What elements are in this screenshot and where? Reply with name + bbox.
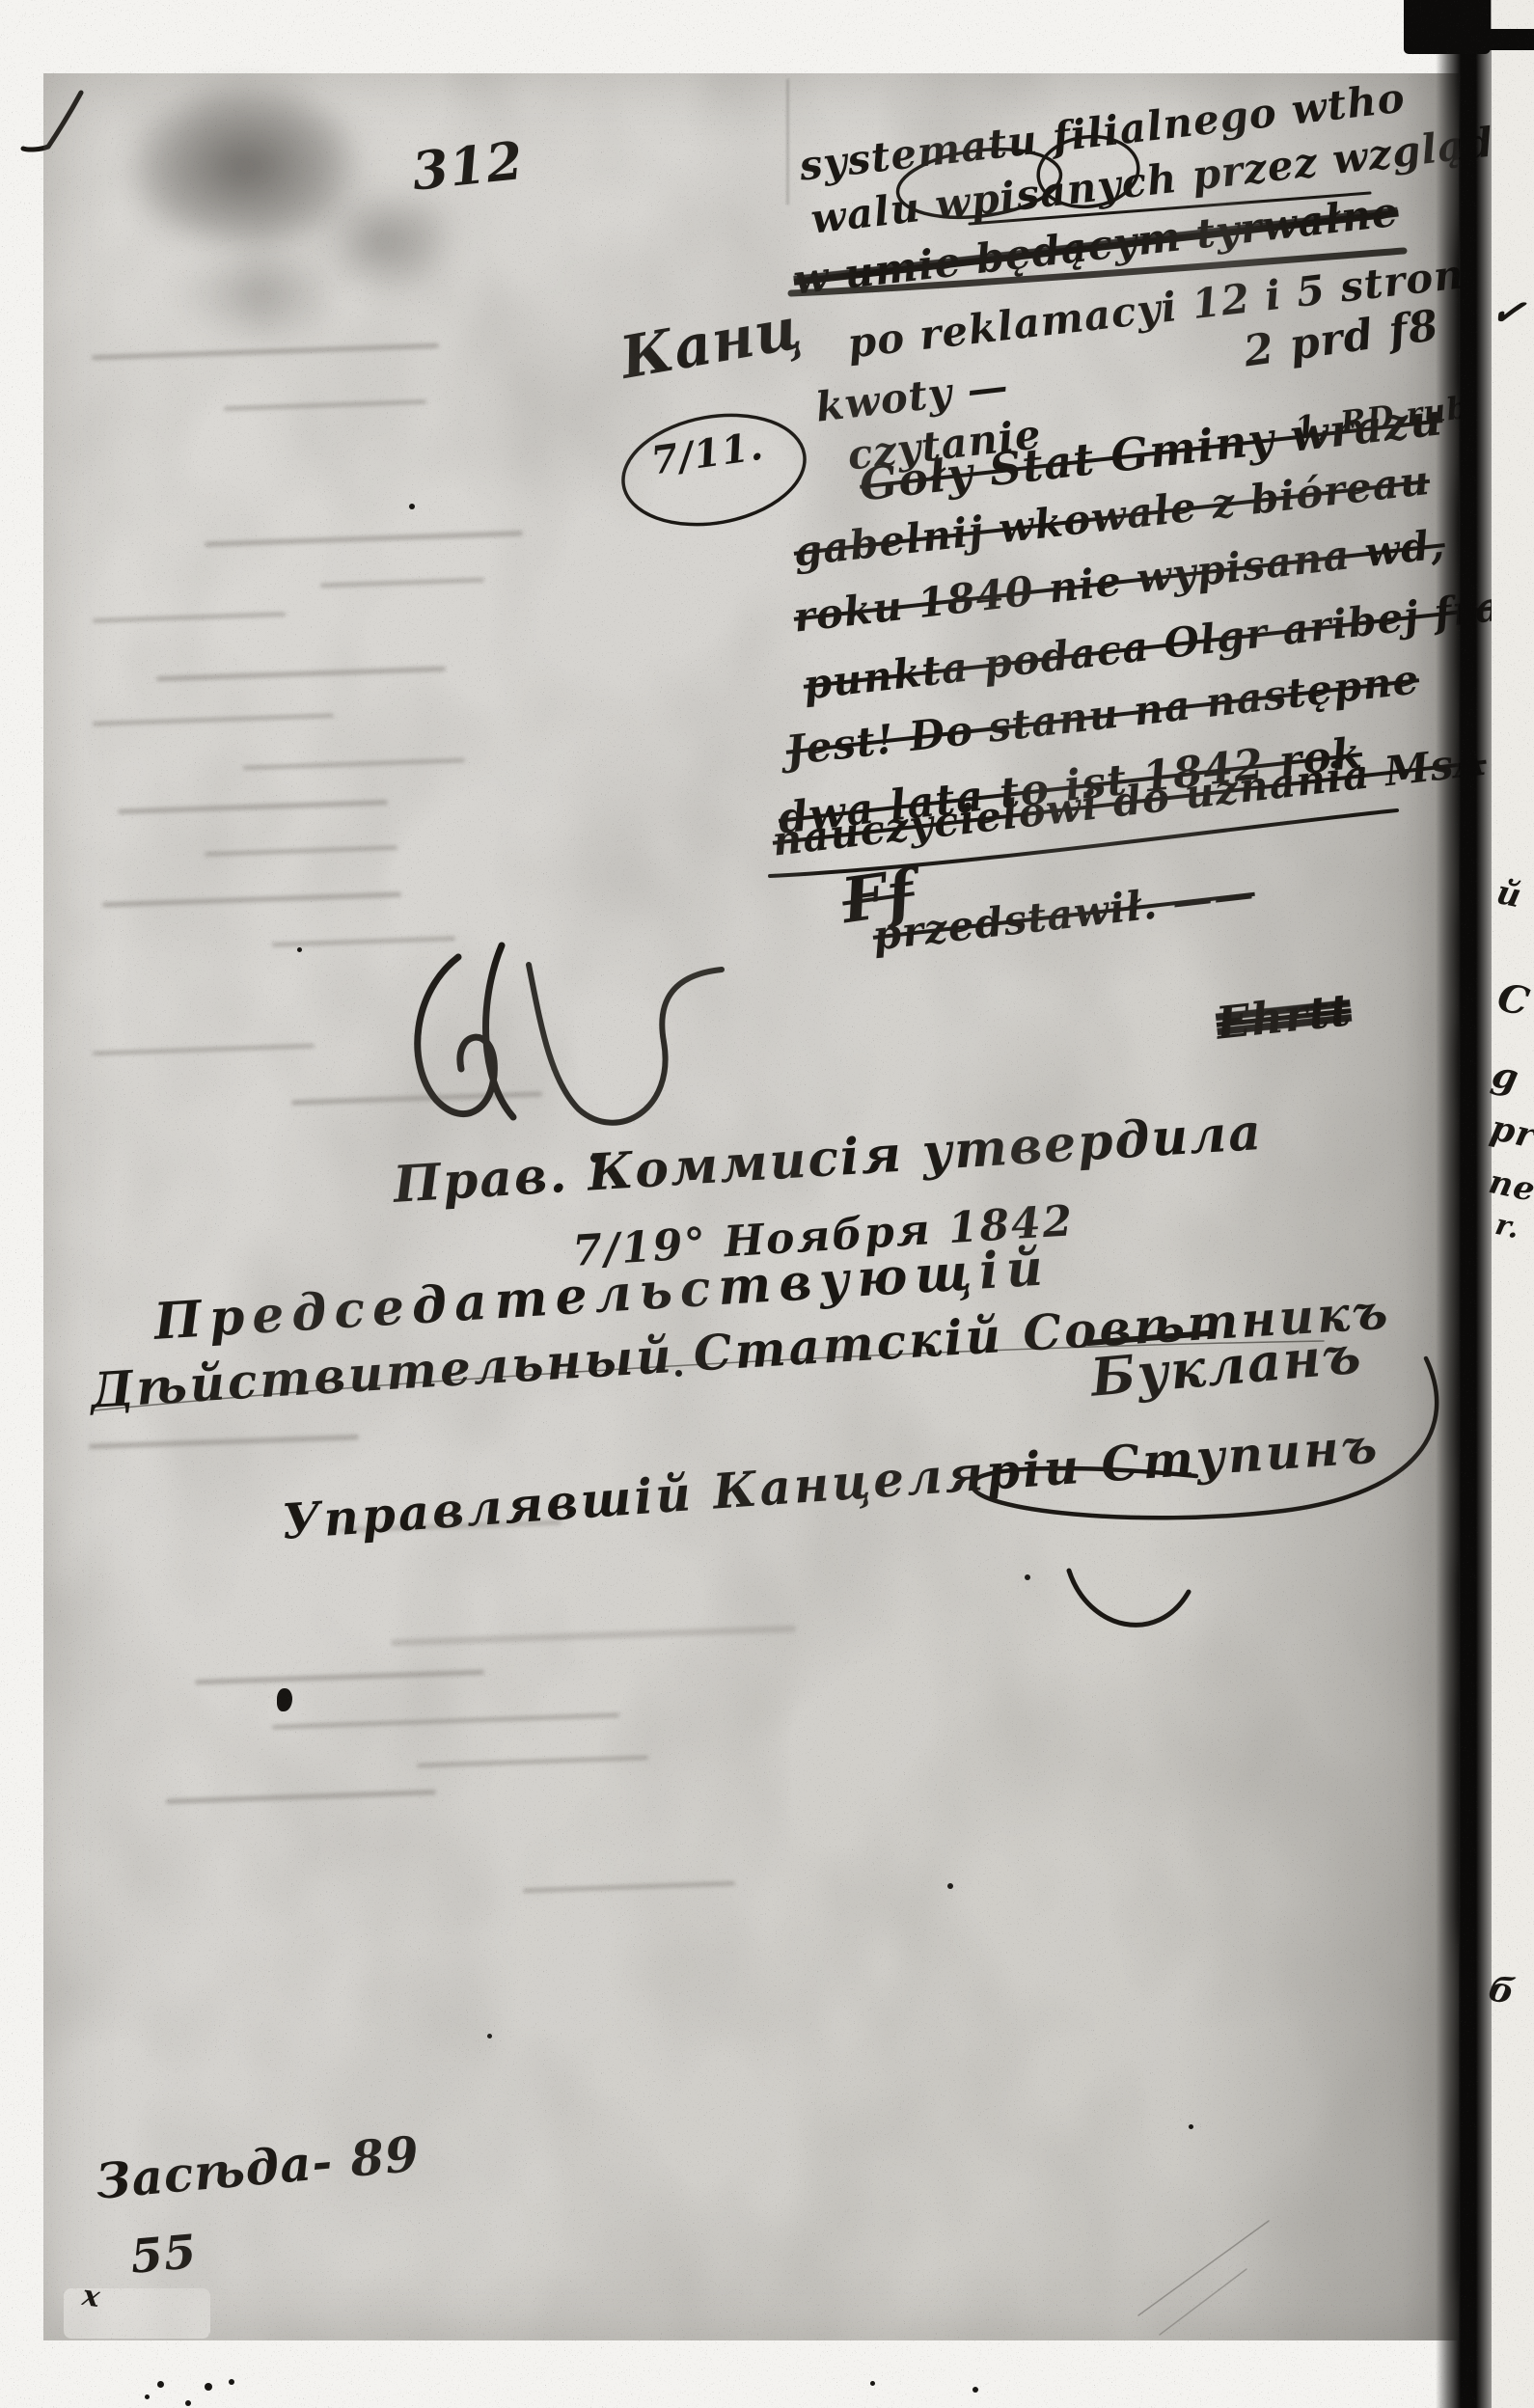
ink-speck [487, 2034, 492, 2039]
ink-speck [870, 2381, 875, 2386]
ink-speck [297, 947, 302, 952]
ink-speck [205, 2383, 212, 2391]
ink-speck [157, 2381, 164, 2388]
paper-crease [786, 79, 789, 205]
ink-stain [145, 222, 376, 367]
binding-corner-mark [1404, 0, 1491, 54]
binding-corner-line [1480, 29, 1534, 50]
paper-gutter-shading [43, 73, 1459, 2340]
ink-speck [185, 2400, 191, 2406]
ink-speck [947, 1883, 953, 1889]
ink-speck [1025, 1574, 1030, 1580]
scanned-manuscript-page: 312 Канц 7/11. systematu filialnego wtho… [0, 0, 1534, 2408]
ink-speck [972, 2387, 978, 2393]
ink-speck [145, 2394, 150, 2399]
page-number: 312 [409, 129, 527, 203]
ink-speck [409, 504, 415, 509]
ink-speck [1189, 2124, 1193, 2129]
ink-speck [229, 2379, 234, 2385]
binding-fold-shadow [1436, 0, 1492, 2408]
archival-number-mark: 55 [128, 2225, 199, 2285]
